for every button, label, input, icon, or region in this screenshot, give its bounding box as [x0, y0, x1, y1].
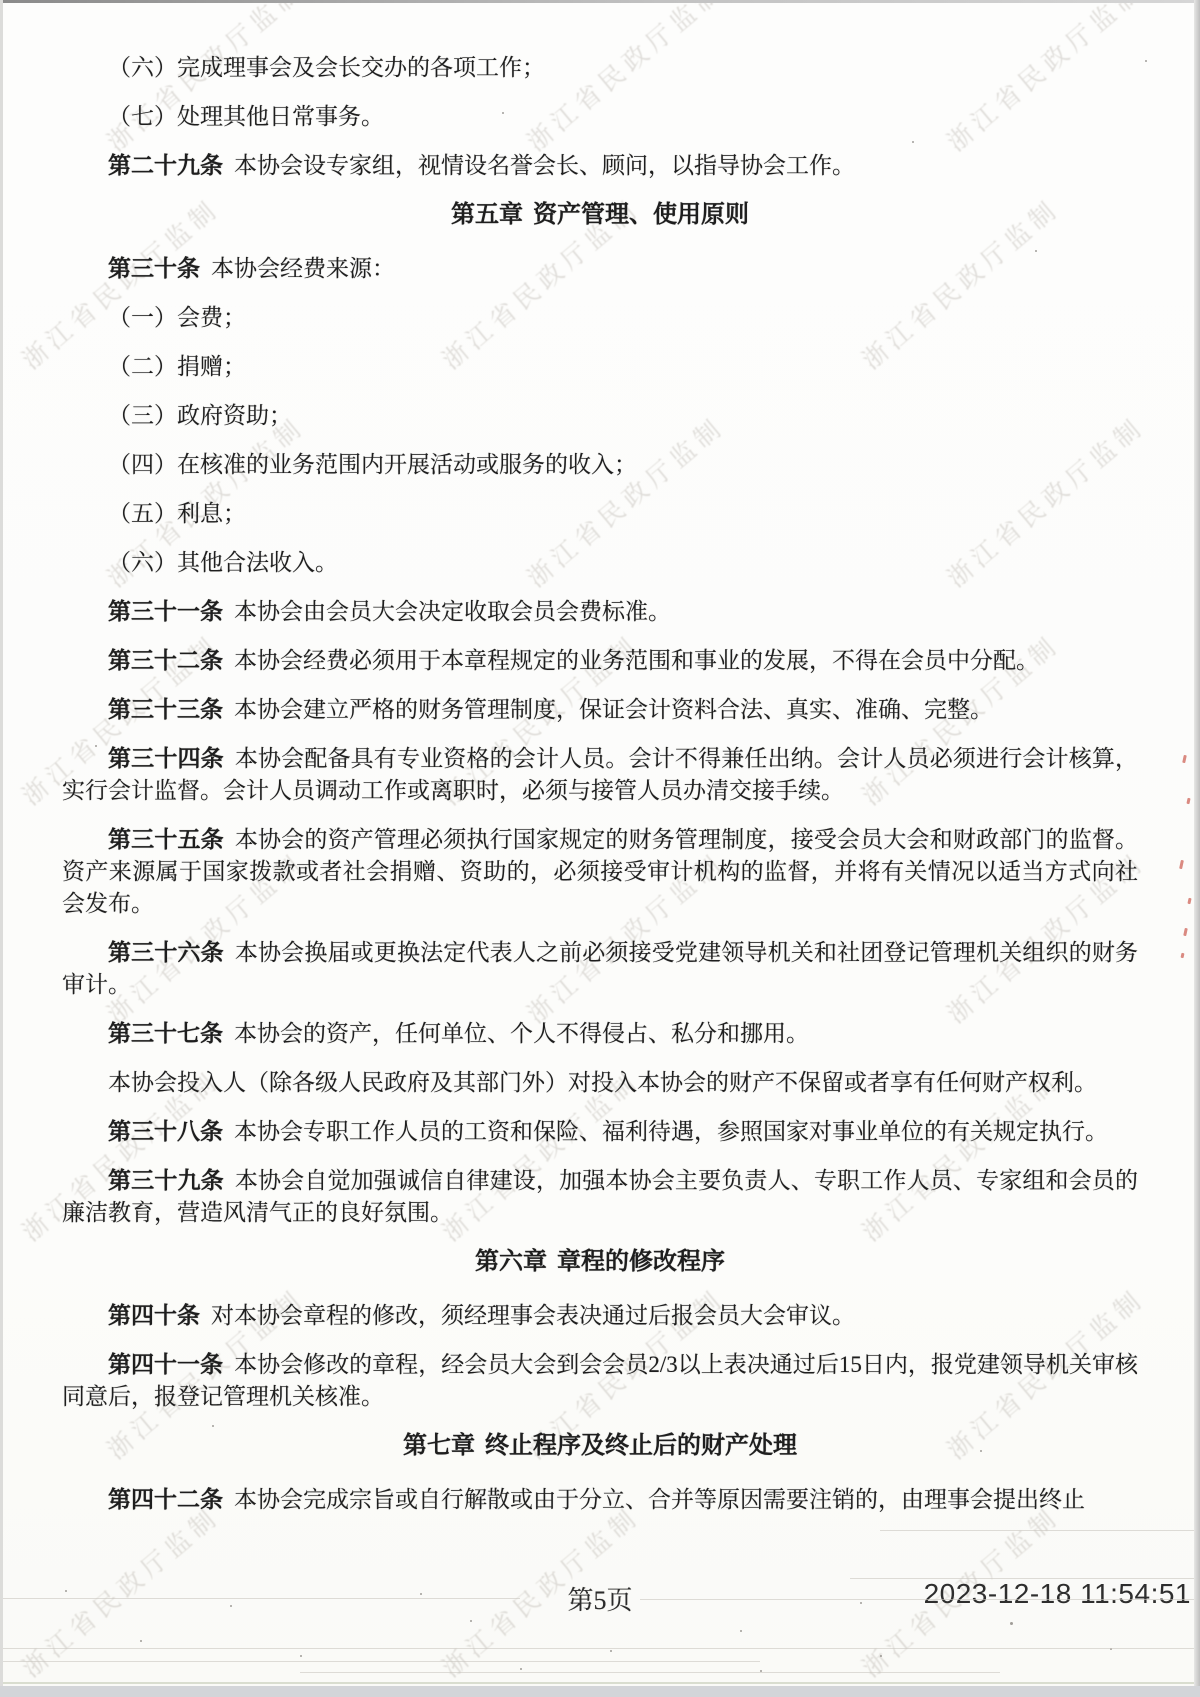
article-paragraph: 第三十条本协会经费来源： [62, 253, 1138, 285]
scan-speck [980, 1450, 982, 1452]
paragraph-text: （六）其他合法收入。 [108, 550, 338, 575]
scan-speck [880, 1655, 882, 1657]
paragraph-text: （七）处理其他日常事务。 [108, 104, 384, 129]
article-number: 第三十七条 [108, 1021, 223, 1046]
paragraph-text: （六）完成理事会及会长交办的各项工作； [108, 55, 545, 80]
scan-speck [1035, 250, 1037, 252]
article-paragraph: 第四十条对本协会章程的修改，须经理事会表决通过后报会员大会审议。 [62, 1300, 1138, 1332]
scan-edge-left [0, 0, 3, 1697]
article-paragraph: 第三十一条本协会由会员大会决定收取会员会费标准。 [62, 596, 1138, 628]
article-number: 第三十六条 [108, 940, 224, 965]
scan-artifact-line [0, 1682, 1200, 1684]
scan-speck [300, 1655, 302, 1657]
article-paragraph: 第三十五条本协会的资产管理必须执行国家规定的财务管理制度，接受会员大会和财政部门… [62, 824, 1138, 920]
scan-edge-bottom [0, 1686, 1200, 1697]
scan-speck [520, 1668, 522, 1670]
paragraph-text: 本协会经费来源： [211, 256, 395, 281]
article-number: 第三十条 [108, 256, 200, 281]
list-item-paragraph: （三）政府资助； [62, 400, 1138, 432]
scan-artifact-line [880, 1530, 1200, 1531]
paragraph-text: 本协会投入人（除各级人民政府及其部门外）对投入本协会的财产不保留或者享有任何财产… [108, 1070, 1097, 1095]
scan-speck [330, 120, 332, 122]
scan-speck [1060, 1594, 1062, 1596]
article-paragraph: 第三十九条本协会自觉加强诚信自律建设，加强本协会主要负责人、专职工作人员、专家组… [62, 1165, 1138, 1229]
paragraph-text: 本协会的资产，任何单位、个人不得侵占、私分和挪用。 [234, 1021, 809, 1046]
article-paragraph: 第四十二条本协会完成宗旨或自行解散或由于分立、合并等原因需要注销的，由理事会提出… [62, 1484, 1138, 1516]
list-item-paragraph: （五）利息； [62, 498, 1138, 530]
scan-speck [212, 1425, 214, 1427]
scan-speck [1010, 1622, 1013, 1625]
article-paragraph: 第三十二条本协会经费必须用于本章程规定的业务范围和事业的发展，不得在会员中分配。 [62, 645, 1138, 677]
chapter-heading: 第六章章程的修改程序 [62, 1246, 1138, 1278]
scan-speck [860, 1602, 862, 1604]
document-body: （六）完成理事会及会长交办的各项工作；（七）处理其他日常事务。第二十九条本协会设… [62, 52, 1138, 1533]
scanned-document-page: 浙江省民政厅监制浙江省民政厅监制浙江省民政厅监制浙江省民政厅监制浙江省民政厅监制… [0, 0, 1200, 1697]
scan-edge-right [1194, 0, 1200, 1697]
scan-artifact-line [850, 1578, 1200, 1579]
article-paragraph: 第三十六条本协会换届或更换法定代表人之前必须接受党建领导机关和社团登记管理机关组… [62, 937, 1138, 1001]
paragraph-text: 本协会专职工作人员的工资和保险、福利待遇，参照国家对事业单位的有关规定执行。 [234, 1119, 1108, 1144]
article-paragraph: 第三十三条本协会建立严格的财务管理制度，保证会计资料合法、真实、准确、完整。 [62, 694, 1138, 726]
scan-speck [470, 1620, 472, 1622]
chapter-number: 第五章 [451, 202, 523, 228]
chapter-number: 第七章 [403, 1433, 475, 1459]
article-number: 第三十四条 [108, 746, 224, 771]
paragraph-text: 本协会设专家组，视情设名誉会长、顾问，以指导协会工作。 [234, 153, 855, 178]
article-paragraph: 第三十七条本协会的资产，任何单位、个人不得侵占、私分和挪用。 [62, 1018, 1138, 1050]
list-item-paragraph: （二）捐赠； [62, 351, 1138, 383]
red-ink-bleed-mark [1183, 928, 1188, 936]
article-number: 第四十一条 [108, 1352, 223, 1377]
chapter-number: 第六章 [475, 1249, 547, 1275]
paragraph-text: 本协会经费必须用于本章程规定的业务范围和事业的发展，不得在会员中分配。 [234, 648, 1039, 673]
scan-artifact-line [0, 1661, 760, 1662]
scan-speck [95, 745, 97, 747]
article-number: 第三十一条 [108, 599, 223, 624]
list-item-paragraph: （一）会费； [62, 302, 1138, 334]
article-number: 第四十条 [108, 1303, 200, 1328]
article-number: 第二十九条 [108, 153, 223, 178]
paragraph-text: （四）在核准的业务范围内开展活动或服务的收入； [108, 452, 637, 477]
article-paragraph: 第三十四条本协会配备具有专业资格的会计人员。会计不得兼任出纳。会计人员必须进行会… [62, 743, 1138, 807]
paragraph-text: （三）政府资助； [108, 403, 292, 428]
scan-artifact-line [0, 1598, 520, 1599]
scan-speck [502, 112, 504, 114]
scan-edge-top [0, 0, 1200, 3]
scan-speck [170, 1495, 172, 1497]
paragraph-text: （二）捐赠； [108, 354, 246, 379]
paragraph-text: 本协会修改的章程，经会员大会到会会员2/3以上表决通过后15日内，报党建领导机关… [62, 1352, 1138, 1409]
article-number: 第三十九条 [108, 1168, 224, 1193]
scan-speck [1145, 60, 1147, 62]
scan-artifact-line [300, 1672, 1000, 1673]
scan-artifact-line [0, 1648, 1200, 1649]
list-item-paragraph: （七）处理其他日常事务。 [62, 101, 1138, 133]
red-ink-bleed-mark [1182, 755, 1187, 763]
paragraph-text: 本协会建立严格的财务管理制度，保证会计资料合法、真实、准确、完整。 [234, 697, 993, 722]
scan-speck [420, 1593, 422, 1595]
chapter-heading: 第五章资产管理、使用原则 [62, 199, 1138, 231]
red-ink-bleed-mark [1179, 860, 1184, 869]
article-number: 第三十五条 [108, 827, 224, 852]
paragraph-text: 章程的修改程序 [557, 1249, 725, 1275]
article-number: 第三十八条 [108, 1119, 223, 1144]
article-paragraph: 第四十一条本协会修改的章程，经会员大会到会会员2/3以上表决通过后15日内，报党… [62, 1349, 1138, 1413]
scan-speck [912, 141, 914, 143]
list-item-paragraph: （四）在核准的业务范围内开展活动或服务的收入； [62, 449, 1138, 481]
article-number: 第三十三条 [108, 697, 223, 722]
paragraph-text: 终止程序及终止后的财产处理 [485, 1433, 797, 1459]
red-ink-bleed-mark [1186, 798, 1190, 804]
scan-timestamp: 2023-12-18 11:54:51 [924, 1578, 1191, 1610]
paragraph-text: 对本协会章程的修改，须经理事会表决通过后报会员大会审议。 [211, 1303, 855, 1328]
article-paragraph: 第三十八条本协会专职工作人员的工资和保险、福利待遇，参照国家对事业单位的有关规定… [62, 1116, 1138, 1148]
scan-speck [230, 1605, 232, 1607]
red-ink-bleed-mark [1187, 898, 1191, 904]
list-item-paragraph: （六）其他合法收入。 [62, 547, 1138, 579]
scan-speck [610, 1650, 612, 1652]
list-item-paragraph: （六）完成理事会及会长交办的各项工作； [62, 52, 1138, 84]
chapter-heading: 第七章终止程序及终止后的财产处理 [62, 1430, 1138, 1462]
paragraph-text: （五）利息； [108, 501, 246, 526]
paragraph-text: 资产管理、使用原则 [533, 202, 749, 228]
paragraph-text: 本协会由会员大会决定收取会员会费标准。 [234, 599, 671, 624]
paragraph-text: 本协会完成宗旨或自行解散或由于分立、合并等原因需要注销的，由理事会提出终止 [234, 1487, 1085, 1512]
article-paragraph: 第二十九条本协会设专家组，视情设名誉会长、顾问，以指导协会工作。 [62, 150, 1138, 182]
scan-artifact-line [640, 1599, 1200, 1600]
paragraph-text: （一）会费； [108, 305, 246, 330]
red-ink-bleed-mark [1181, 953, 1185, 959]
article-number: 第三十二条 [108, 648, 223, 673]
scan-speck [65, 1590, 67, 1592]
scan-speck [140, 1640, 142, 1642]
article-number: 第四十二条 [108, 1487, 223, 1512]
scan-speck [740, 1630, 742, 1632]
body-paragraph: 本协会投入人（除各级人民政府及其部门外）对投入本协会的财产不保留或者享有任何财产… [62, 1067, 1138, 1099]
